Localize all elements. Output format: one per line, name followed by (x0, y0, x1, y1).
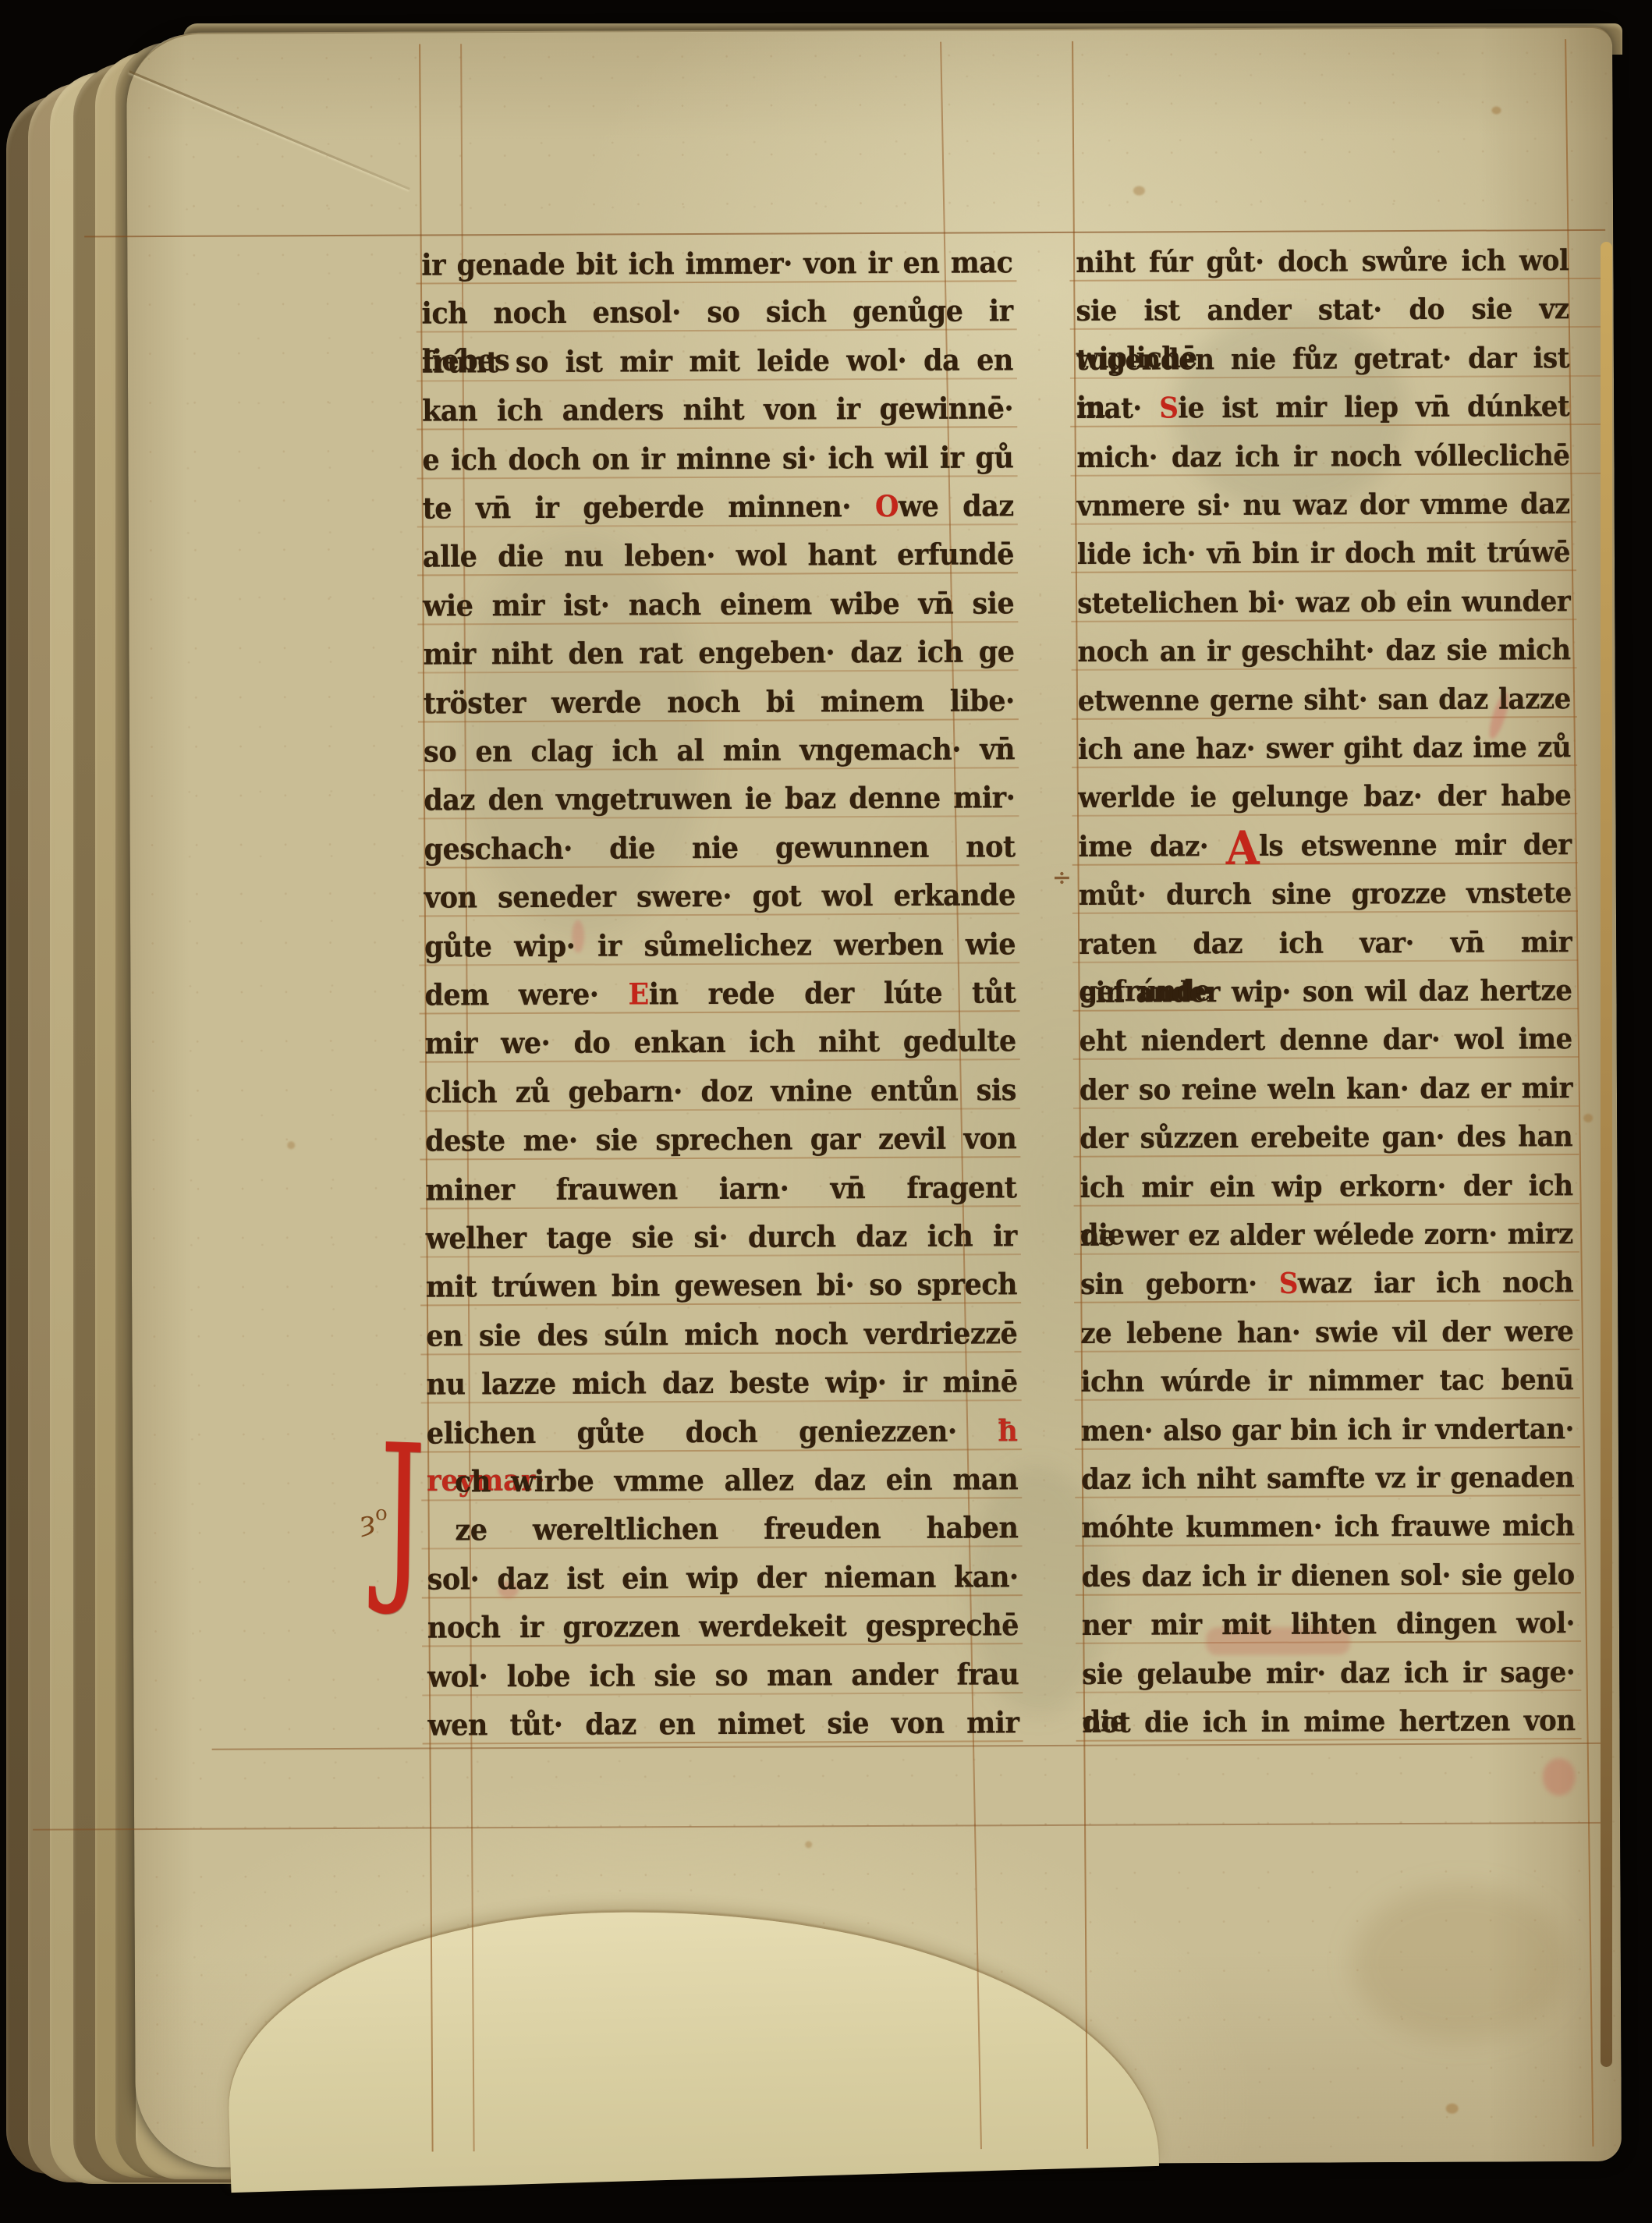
text-segment: ich ane haz· swer giht daz ime zů (1078, 731, 1571, 767)
text-segment: dem were· (424, 977, 628, 1012)
text-segment: frúnt so ist mir mit leide wol· da en (422, 343, 1013, 381)
text-line: mat· Sie ist mir liep vn̄ dúnket (1076, 383, 1569, 434)
text-line: en sie des súln mich noch verdriezzē (426, 1310, 1017, 1362)
text-line: gůte wip· ir sůmelichez werben wie (424, 921, 1016, 973)
text-segment: ie ist mir liep vn̄ dúnket (1178, 390, 1569, 425)
text-line: geschach· die nie gewunnen not (424, 824, 1015, 875)
text-line: dem were· Ein rede der lúte tůt (424, 970, 1016, 1021)
text-segment: miner frauwen iarn· vn̄ fragent (425, 1170, 1016, 1207)
red-initial: E (629, 977, 649, 1012)
text-segment: tröster werde noch bi minem libe· (424, 683, 1015, 721)
text-line: der so reine weln kan· daz er mir (1079, 1065, 1572, 1115)
foxing-spot (287, 1141, 295, 1149)
text-line: mir we· do enkan ich niht gedulte (425, 1019, 1016, 1070)
text-line: des daz ich ir dienen sol· sie gelo (1082, 1551, 1575, 1602)
text-line: vnmere si· nu waz dor vmme daz (1077, 480, 1570, 531)
foxing-spot (1446, 2104, 1459, 2114)
text-segment: alle die nu leben· wol hant erfundē (423, 537, 1014, 575)
text-segment: wen tůt· daz en nimet sie von mir (427, 1706, 1019, 1743)
text-segment: mir niht den rat engeben· daz ich ge (423, 635, 1014, 672)
text-segment: noch an ir geschiht· daz sie mich (1077, 633, 1570, 669)
text-line: móhte kummen· ich frauwe mich (1081, 1502, 1574, 1553)
text-segment: der so reine weln kan· daz er mir (1079, 1072, 1572, 1108)
text-segment: ze wereltlichen freuden haben (455, 1511, 1018, 1548)
text-segment: daz den vngetruwen ie baz denne mir· (424, 781, 1015, 818)
text-line: raten daz ich var· vn̄ mir gefrúnde (1079, 919, 1572, 970)
text-segment: mich· daz ich ir noch vólleclichē (1076, 438, 1569, 474)
text-segment: ichn wúrde ir nimmer tac benū (1081, 1363, 1574, 1399)
text-line: wol· lobe ich sie so man ander frau (427, 1651, 1019, 1703)
manuscript-photo: J ȝo ÷ ir genade bit ich immer· von ir e… (0, 0, 1652, 2223)
text-segment: nu lazze mich daz beste wip· ir minē (427, 1365, 1018, 1402)
text-line: eht niendert denne dar· wol ime (1079, 1016, 1572, 1066)
text-line: kan ich anders niht von ir gewinnē· (422, 385, 1013, 437)
text-line: sol· daz ist ein wip der nieman kan· (427, 1554, 1019, 1605)
manuscript-page: J ȝo ÷ ir genade bit ich immer· von ir e… (126, 27, 1622, 2168)
text-segment: wie mir ist· nach einem wibe vn̄ sie (423, 587, 1014, 624)
text-segment: daz ich niht samfte vz ir genaden (1081, 1461, 1574, 1497)
text-segment: so en clag ich al min vngemach· vn̄ (424, 732, 1015, 770)
text-segment: mir we· do enkan ich niht gedulte (425, 1024, 1016, 1062)
text-segment: ir genade bit ich immer· von ir en mac (421, 246, 1012, 283)
text-line: wie mir ist· nach einem wibe vn̄ sie (423, 580, 1014, 632)
text-line: not die ich in mime hertzen von (1082, 1697, 1575, 1748)
text-line: alle die nu leben· wol hant erfundē (423, 532, 1014, 583)
text-line: etwenne gerne siht· san daz lazze (1078, 675, 1571, 726)
text-segment: sol· daz ist ein wip der nieman kan· (427, 1560, 1019, 1597)
verse-marker: ÷ (1052, 867, 1072, 890)
text-line: von seneder swere· got wol erkande (424, 872, 1016, 924)
text-segment: noch ir grozzen werdekeit gesprechē (427, 1608, 1019, 1646)
text-line: ich mir ein wip erkorn· der ich die (1079, 1162, 1572, 1213)
text-line: mit trúwen bin gewesen bi· so sprech (426, 1262, 1017, 1314)
text-line: te vn̄ ir geberde minnen· Owe daz (423, 483, 1014, 534)
text-line: daz den vngetruwen ie baz denne mir· (424, 775, 1015, 827)
text-segment: niht fúr gůt· doch swůre ich wol (1076, 244, 1569, 280)
text-line: daz ich niht samfte vz ir genaden (1081, 1454, 1574, 1505)
text-line: noch an ir geschiht· daz sie mich (1077, 626, 1570, 677)
text-segment: móhte kummen· ich frauwe mich (1081, 1509, 1574, 1545)
text-segment: we daz (899, 489, 1014, 524)
text-line: wen tůt· daz en nimet sie von mir (427, 1700, 1019, 1751)
text-segment: men· also gar bin ich ir vndertan· (1081, 1412, 1574, 1448)
text-segment: mat· (1076, 392, 1159, 426)
foxing-spot (805, 1841, 812, 1848)
text-line: ch wirbe vmme allez daz ein man (427, 1456, 1018, 1508)
text-segment: elichen gůte doch geniezzen· (427, 1413, 998, 1450)
red-initial: S (1279, 1267, 1298, 1301)
text-segment: vnmere si· nu waz dor vmme daz (1077, 487, 1570, 523)
text-segment: sin geborn· (1080, 1267, 1279, 1302)
text-segment: můt· durch sine grozze vnstete (1079, 877, 1572, 913)
text-line: můt· durch sine grozze vnstete (1079, 870, 1572, 920)
text-line: ich noch ensol· so sich genůge ir liebes (421, 289, 1012, 340)
text-line: der sůzzen erebeite gan· des han (1079, 1113, 1572, 1164)
text-line: sie gelaube mir· daz ich ir sage· die (1082, 1649, 1575, 1700)
foxing-spot (1583, 1114, 1593, 1122)
red-initial: O (875, 489, 899, 523)
text-line: ein ander wip· son wil daz hertze (1079, 967, 1572, 1018)
text-segment: der sůzzen erebeite gan· des han (1079, 1120, 1572, 1156)
text-line: ze wereltlichen freuden haben (427, 1505, 1018, 1557)
text-line: niht fúr gůt· doch swůre ich wol (1076, 237, 1569, 288)
text-segment: ch wirbe vmme allez daz ein man (455, 1462, 1018, 1499)
text-line: tröster werde noch bi minem libe· (424, 678, 1015, 729)
text-line: noch ir grozzen werdekeit gesprechē (427, 1602, 1019, 1654)
text-line: tugenden nie fůz getrat· dar ist in (1076, 335, 1569, 385)
text-line: frúnt so ist mir mit leide wol· da en (422, 337, 1013, 388)
text-segment: etwenne gerne siht· san daz lazze (1078, 682, 1571, 718)
text-segment: des daz ich ir dienen sol· sie gelo (1082, 1558, 1575, 1594)
stain (1351, 1884, 1570, 2041)
text-line: sin geborn· Swaz iar ich noch (1080, 1259, 1573, 1310)
text-line: mich· daz ich ir noch vólleclichē (1076, 432, 1569, 483)
text-segment: in rede der lúte tůt (649, 976, 1016, 1012)
text-segment: e ich doch on ir minne si· ich wil ir gů (422, 440, 1013, 477)
text-segment: ime daz· (1079, 829, 1226, 863)
text-line: ne wer ez alder wélede zorn· mirz (1080, 1211, 1573, 1261)
text-line: so en clag ich al min vngemach· vn̄ (424, 726, 1015, 778)
foxing-spot (1133, 186, 1145, 195)
text-segment: von seneder swere· got wol erkande (424, 878, 1016, 916)
text-segment: kan ich anders niht von ir gewinnē· (422, 392, 1013, 429)
text-segment: stetelichen bi· waz ob ein wunder (1077, 585, 1570, 621)
text-line: ir genade bit ich immer· von ir en mac (421, 239, 1012, 291)
text-line: ich ane haz· swer giht daz ime zů (1078, 724, 1571, 775)
horizontal-rule (84, 229, 1605, 238)
text-line: sie ist ander stat· do sie vz wiplichē (1076, 285, 1569, 336)
foxing-spot (1491, 106, 1501, 114)
text-line: e ich doch on ir minne si· ich wil ir gů (422, 434, 1013, 486)
text-line: ner mir mit lihten dingen wol· (1082, 1600, 1575, 1650)
folio-number-70: ȝo (360, 1505, 388, 1537)
text-segment: deste me· sie sprechen gar zevil von (425, 1122, 1016, 1159)
text-segment: not die ich in mime hertzen von (1082, 1704, 1575, 1740)
text-line: ze lebene han· swie vil der were (1080, 1308, 1573, 1359)
red-initial: A (1226, 820, 1260, 874)
text-line: elichen gůte doch geniezzen· ħ reymar· (427, 1408, 1018, 1459)
horizontal-rule (33, 1822, 1607, 1831)
text-line: stetelichen bi· waz ob ein wunder (1077, 578, 1570, 629)
text-segment: ein ander wip· son wil daz hertze (1079, 974, 1572, 1010)
text-line: ichn wúrde ir nimmer tac benū (1080, 1356, 1573, 1407)
text-line: miner frauwen iarn· vn̄ fragent (425, 1165, 1016, 1216)
text-segment: wol· lobe ich sie so man ander frau (427, 1657, 1019, 1694)
text-line: lide ich· vn̄ bin ir doch mit trúwē (1077, 529, 1570, 580)
text-segment: geschach· die nie gewunnen not (424, 830, 1016, 867)
red-smudge (1543, 1758, 1576, 1796)
text-line: nu lazze mich daz beste wip· ir minē (426, 1359, 1017, 1410)
text-segment: en sie des súln mich noch verdriezzē (426, 1317, 1017, 1354)
text-segment: werlde ie gelunge baz· der habe (1078, 779, 1571, 815)
text-segment: clich zů gebarn· doz vnine entůn sis (425, 1073, 1016, 1111)
text-segment: lide ich· vn̄ bin ir doch mit trúwē (1077, 536, 1570, 572)
text-segment: ls etswenne mir der (1259, 828, 1572, 863)
text-line: deste me· sie sprechen gar zevil von (425, 1115, 1016, 1167)
text-segment: welher tage sie si· durch daz ich ir (426, 1219, 1017, 1257)
text-segment: ze lebene han· swie vil der were (1080, 1315, 1573, 1351)
red-initial: S (1159, 392, 1178, 425)
text-line: welher tage sie si· durch daz ich ir (426, 1213, 1017, 1264)
text-line: clich zů gebarn· doz vnine entůn sis (425, 1067, 1016, 1119)
text-segment: ne wer ez alder wélede zorn· mirz (1080, 1218, 1573, 1253)
text-segment: gůte wip· ir sůmelichez werben wie (424, 927, 1016, 964)
parchment-repair-patch (224, 1897, 1159, 2193)
text-line: werlde ie gelunge baz· der habe (1078, 772, 1571, 823)
text-segment: mit trúwen bin gewesen bi· so sprech (426, 1267, 1017, 1305)
text-line: ime daz· Als etswenne mir der (1078, 821, 1571, 872)
text-segment: te vn̄ ir geberde minnen· (423, 490, 875, 526)
text-segment: waz iar ich noch (1298, 1266, 1573, 1301)
corner-crease (129, 70, 410, 190)
text-segment: ner mir mit lihten dingen wol· (1082, 1607, 1575, 1643)
right-leaf-edge (1601, 242, 1612, 2067)
text-segment: eht niendert denne dar· wol ime (1079, 1023, 1572, 1058)
text-line: mir niht den rat engeben· daz ich ge (423, 629, 1014, 680)
text-line: men· also gar bin ich ir vndertan· (1081, 1406, 1574, 1456)
